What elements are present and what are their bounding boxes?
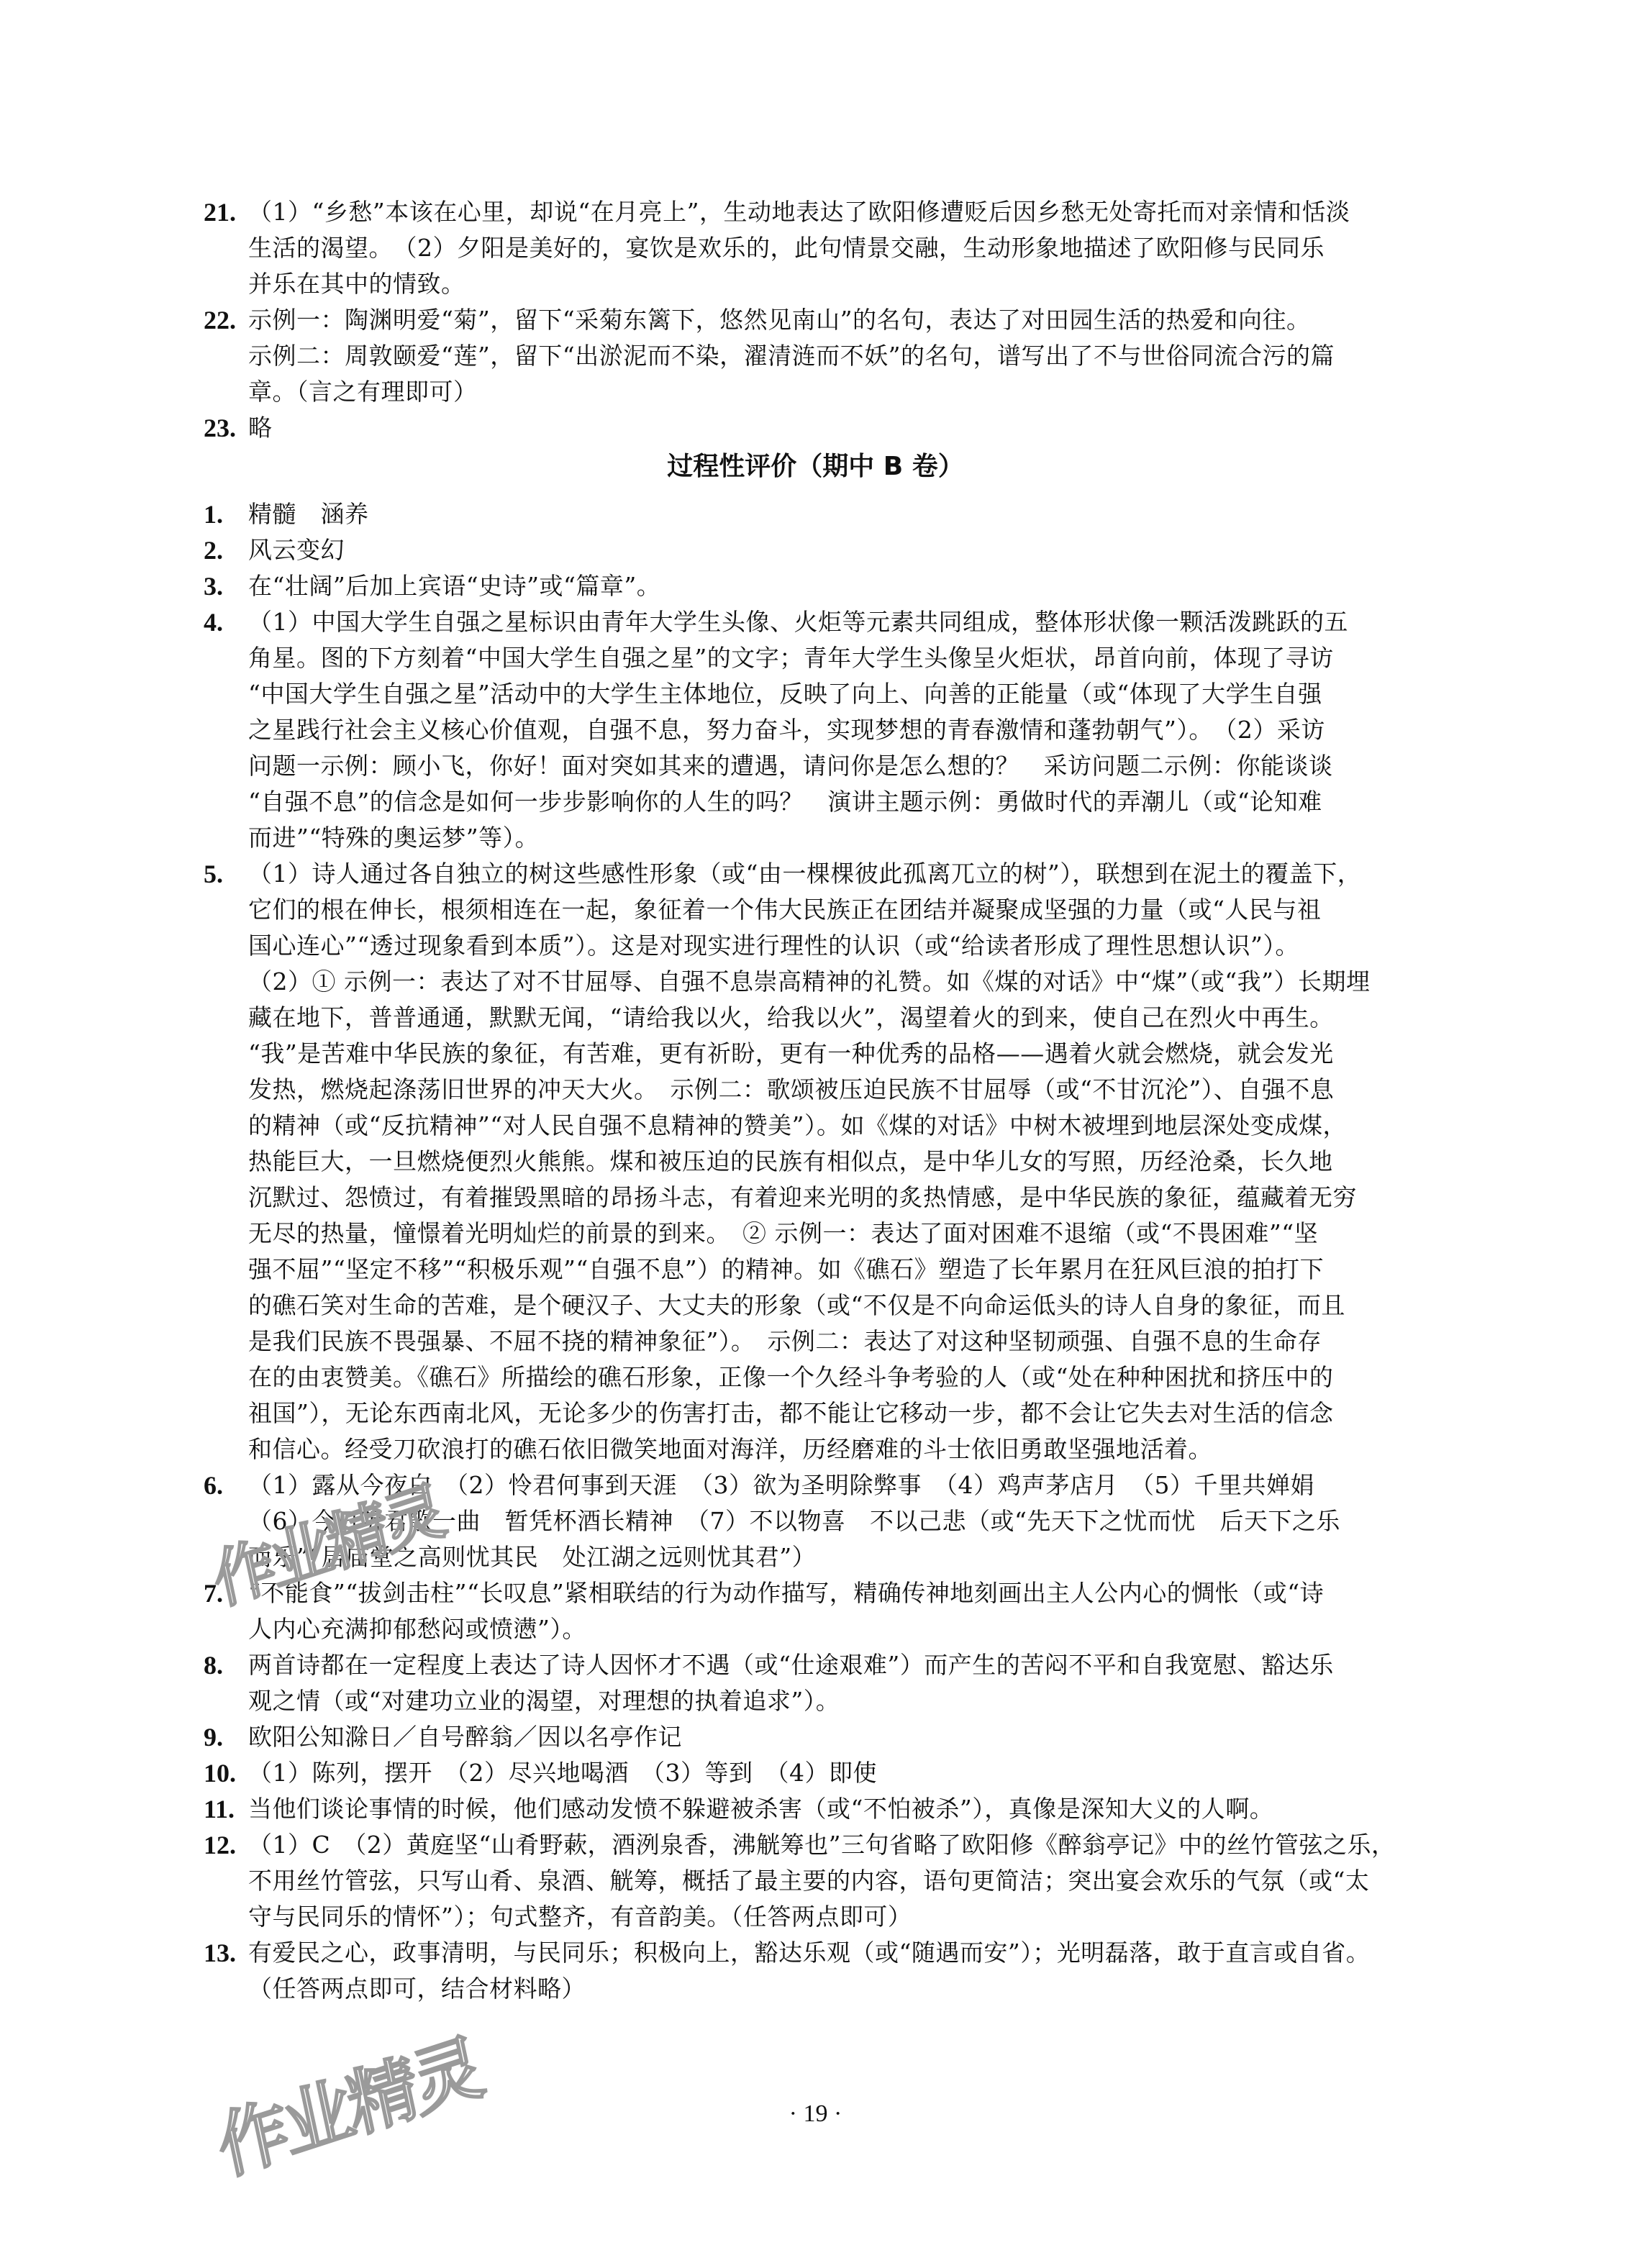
answer-line: 有爱民之心，政事清明，与民同乐；积极向上，豁达乐观（或“随遇而安”）；光明磊落，…	[248, 1935, 1430, 1971]
answer-line: 的精神（或“反抗精神”“对人民自强不息精神的赞美”）。如《煤的对话》中树木被埋到…	[248, 1108, 1430, 1144]
answer-line: 它们的根在伸长，根须相连在一起，象征着一个伟大民族正在团结并凝聚成坚强的力量（或…	[248, 892, 1430, 928]
item-number: 5.	[204, 856, 223, 892]
answer-line: “不能食”“拔剑击柱”“长叹息”紧相联结的行为动作描写，精确传神地刻画出主人公内…	[248, 1575, 1430, 1611]
item-number: 13.	[204, 1935, 236, 1971]
item-number: 9.	[204, 1719, 223, 1755]
answer-line: （2）① 示例一：表达了对不甘屈辱、自强不息崇高精神的礼赞。如《煤的对话》中“煤…	[248, 964, 1430, 1000]
answer-line: （1）陈列，摆开 （2）尽兴地喝酒 （3）等到 （4）即使	[248, 1755, 1430, 1791]
item-number: 23.	[204, 410, 236, 446]
answer-line: 在的由衷赞美。《礁石》所描绘的礁石形象，正像一个久经斗争考验的人（或“处在种种困…	[248, 1360, 1430, 1395]
item-number: 3.	[204, 568, 223, 604]
answer-line: （任答两点即可，结合材料略）	[248, 1971, 1430, 2007]
page-number: · 19 ·	[0, 2100, 1631, 2128]
answer-line: “自强不息”的信念是如何一步步影响你的人生的吗？ 演讲主题示例：勇做时代的弄潮儿…	[248, 784, 1430, 820]
answer-line: 在“壮阔”后加上宾语“史诗”或“篇章”。	[248, 568, 1430, 604]
answer-line: 国心连心”“透过现象看到本质”）。这是对现实进行理性的认识（或“给读者形成了理性…	[248, 928, 1430, 964]
answer-line: 无尽的热量，憧憬着光明灿烂的前景的到来。 ② 示例一：表达了面对困难不退缩（或“…	[248, 1216, 1430, 1252]
item-number: 22.	[204, 302, 236, 338]
answer-line: 并乐在其中的情致。	[248, 266, 1430, 302]
answer-line: 当他们谈论事情的时候，他们感动发愤不躲避被杀害（或“不怕被杀”），真像是深知大义…	[248, 1791, 1430, 1827]
answer-line: 欧阳公知滁日／自号醉翁／因以名亭作记	[248, 1719, 1430, 1755]
answer-line: 而进”“特殊的奥运梦”等）。	[248, 820, 1430, 856]
item-number: 2.	[204, 532, 223, 568]
answer-line: （1）“乡愁”本该在心里，却说“在月亮上”，生动地表达了欧阳修遭贬后因乡愁无处寄…	[248, 194, 1430, 230]
item-number: 12.	[204, 1827, 236, 1863]
item-number: 10.	[204, 1755, 236, 1791]
answer-line: 观之情（或“对建功立业的渴望，对理想的执着追求”）。	[248, 1683, 1430, 1719]
answer-line: 人内心充满抑郁愁闷或愤懑”）。	[248, 1611, 1430, 1647]
document-page: 21. （1）“乡愁”本该在心里，却说“在月亮上”，生动地表达了欧阳修遭贬后因乡…	[0, 0, 1631, 2268]
answer-line: 之星践行社会主义核心价值观，自强不息，努力奋斗，实现梦想的青春激情和蓬勃朝气”）…	[248, 712, 1430, 748]
answer-line: 问题一示例：顾小飞，你好！面对突如其来的遭遇，请问你是怎么想的？ 采访问题二示例…	[248, 748, 1430, 784]
answer-line: 示例一：陶渊明爱“菊”，留下“采菊东篱下，悠然见南山”的名句，表达了对田园生活的…	[248, 302, 1430, 338]
item-number: 4.	[204, 604, 223, 640]
item-number: 1.	[204, 496, 223, 532]
item-number: 21.	[204, 194, 236, 230]
answer-line: “我”是苦难中华民族的象征，有苦难，更有祈盼，更有一种优秀的品格——遇着火就会燃…	[248, 1036, 1430, 1072]
item-number: 6.	[204, 1467, 223, 1503]
answer-line: 藏在地下，普普通通，默默无闻，“请给我以火，给我以火”，渴望着火的到来，使自己在…	[248, 1000, 1430, 1036]
answer-line: 热能巨大，一旦燃烧便烈火熊熊。煤和被压迫的民族有相似点，是中华儿女的写照，历经沧…	[248, 1144, 1430, 1180]
answer-line: 不用丝竹管弦，只写山肴、泉酒、觥筹，概括了最主要的内容，语句更简洁；突出宴会欢乐…	[248, 1863, 1430, 1899]
answer-line: 祖国”），无论东西南北风，无论多少的伤害打击，都不能让它移动一步，都不会让它失去…	[248, 1395, 1430, 1431]
answer-line: 生活的渴望。 （2）夕阳是美好的，宴饮是欢乐的，此句情景交融，生动形象地描述了欧…	[248, 230, 1430, 266]
answer-line: 角星。图的下方刻着“中国大学生自强之星”的文字；青年大学生头像呈火炬状，昂首向前…	[248, 640, 1430, 676]
answer-line: （1）中国大学生自强之星标识由青年大学生头像、火炬等元素共同组成，整体形状像一颗…	[248, 604, 1430, 640]
section-title: 过程性评价（期中 B 卷）	[0, 449, 1631, 485]
answer-line: （1）诗人通过各自独立的树这些感性形象（或“由一棵棵彼此孤离兀立的树”），联想到…	[248, 856, 1430, 892]
answer-line: 精髓 涵养	[248, 496, 1430, 532]
item-number: 11.	[204, 1791, 235, 1827]
answer-line: 略	[248, 410, 1430, 446]
answer-line: “中国大学生自强之星”活动中的大学生主体地位，反映了向上、向善的正能量（或“体现…	[248, 676, 1430, 712]
answer-line: 示例二：周敦颐爱“莲”，留下“出淤泥而不染，濯清涟而不妖”的名句，谱写出了不与世…	[248, 338, 1430, 374]
answer-line: 是我们民族不畏强暴、不屈不挠的精神象征”）。 示例二：表达了对这种坚韧顽强、自强…	[248, 1324, 1430, 1360]
answer-line: 发热，燃烧起涤荡旧世界的冲天大火。 示例二：歌颂被压迫民族不甘屈辱（或“不甘沉沦…	[248, 1072, 1430, 1108]
answer-line: 强不屈”“坚定不移”“积极乐观”“自强不息”）的精神。如《礁石》塑造了长年累月在…	[248, 1252, 1430, 1288]
answer-line: 章。（言之有理即可）	[248, 374, 1430, 410]
answer-line: 守与民同乐的情怀”）；句式整齐，有音韵美。（任答两点即可）	[248, 1899, 1430, 1935]
answer-line: 的礁石笑对生命的苦难，是个硬汉子、大丈夫的形象（或“不仅是不向命运低头的诗人自身…	[248, 1288, 1430, 1324]
item-number: 8.	[204, 1647, 223, 1683]
answer-line: 沉默过、怨愤过，有着摧毁黑暗的昂扬斗志，有着迎来光明的炙热情感，是中华民族的象征…	[248, 1180, 1430, 1216]
answer-line: 风云变幻	[248, 532, 1430, 568]
answer-line: 两首诗都在一定程度上表达了诗人因怀才不遇（或“仕途艰难”）而产生的苦闷不平和自我…	[248, 1647, 1430, 1683]
answer-line: （1）C （2）黄庭坚“山肴野蔌，酒洌泉香，沸觥筹也”三句省略了欧阳修《醉翁亭记…	[248, 1827, 1430, 1863]
